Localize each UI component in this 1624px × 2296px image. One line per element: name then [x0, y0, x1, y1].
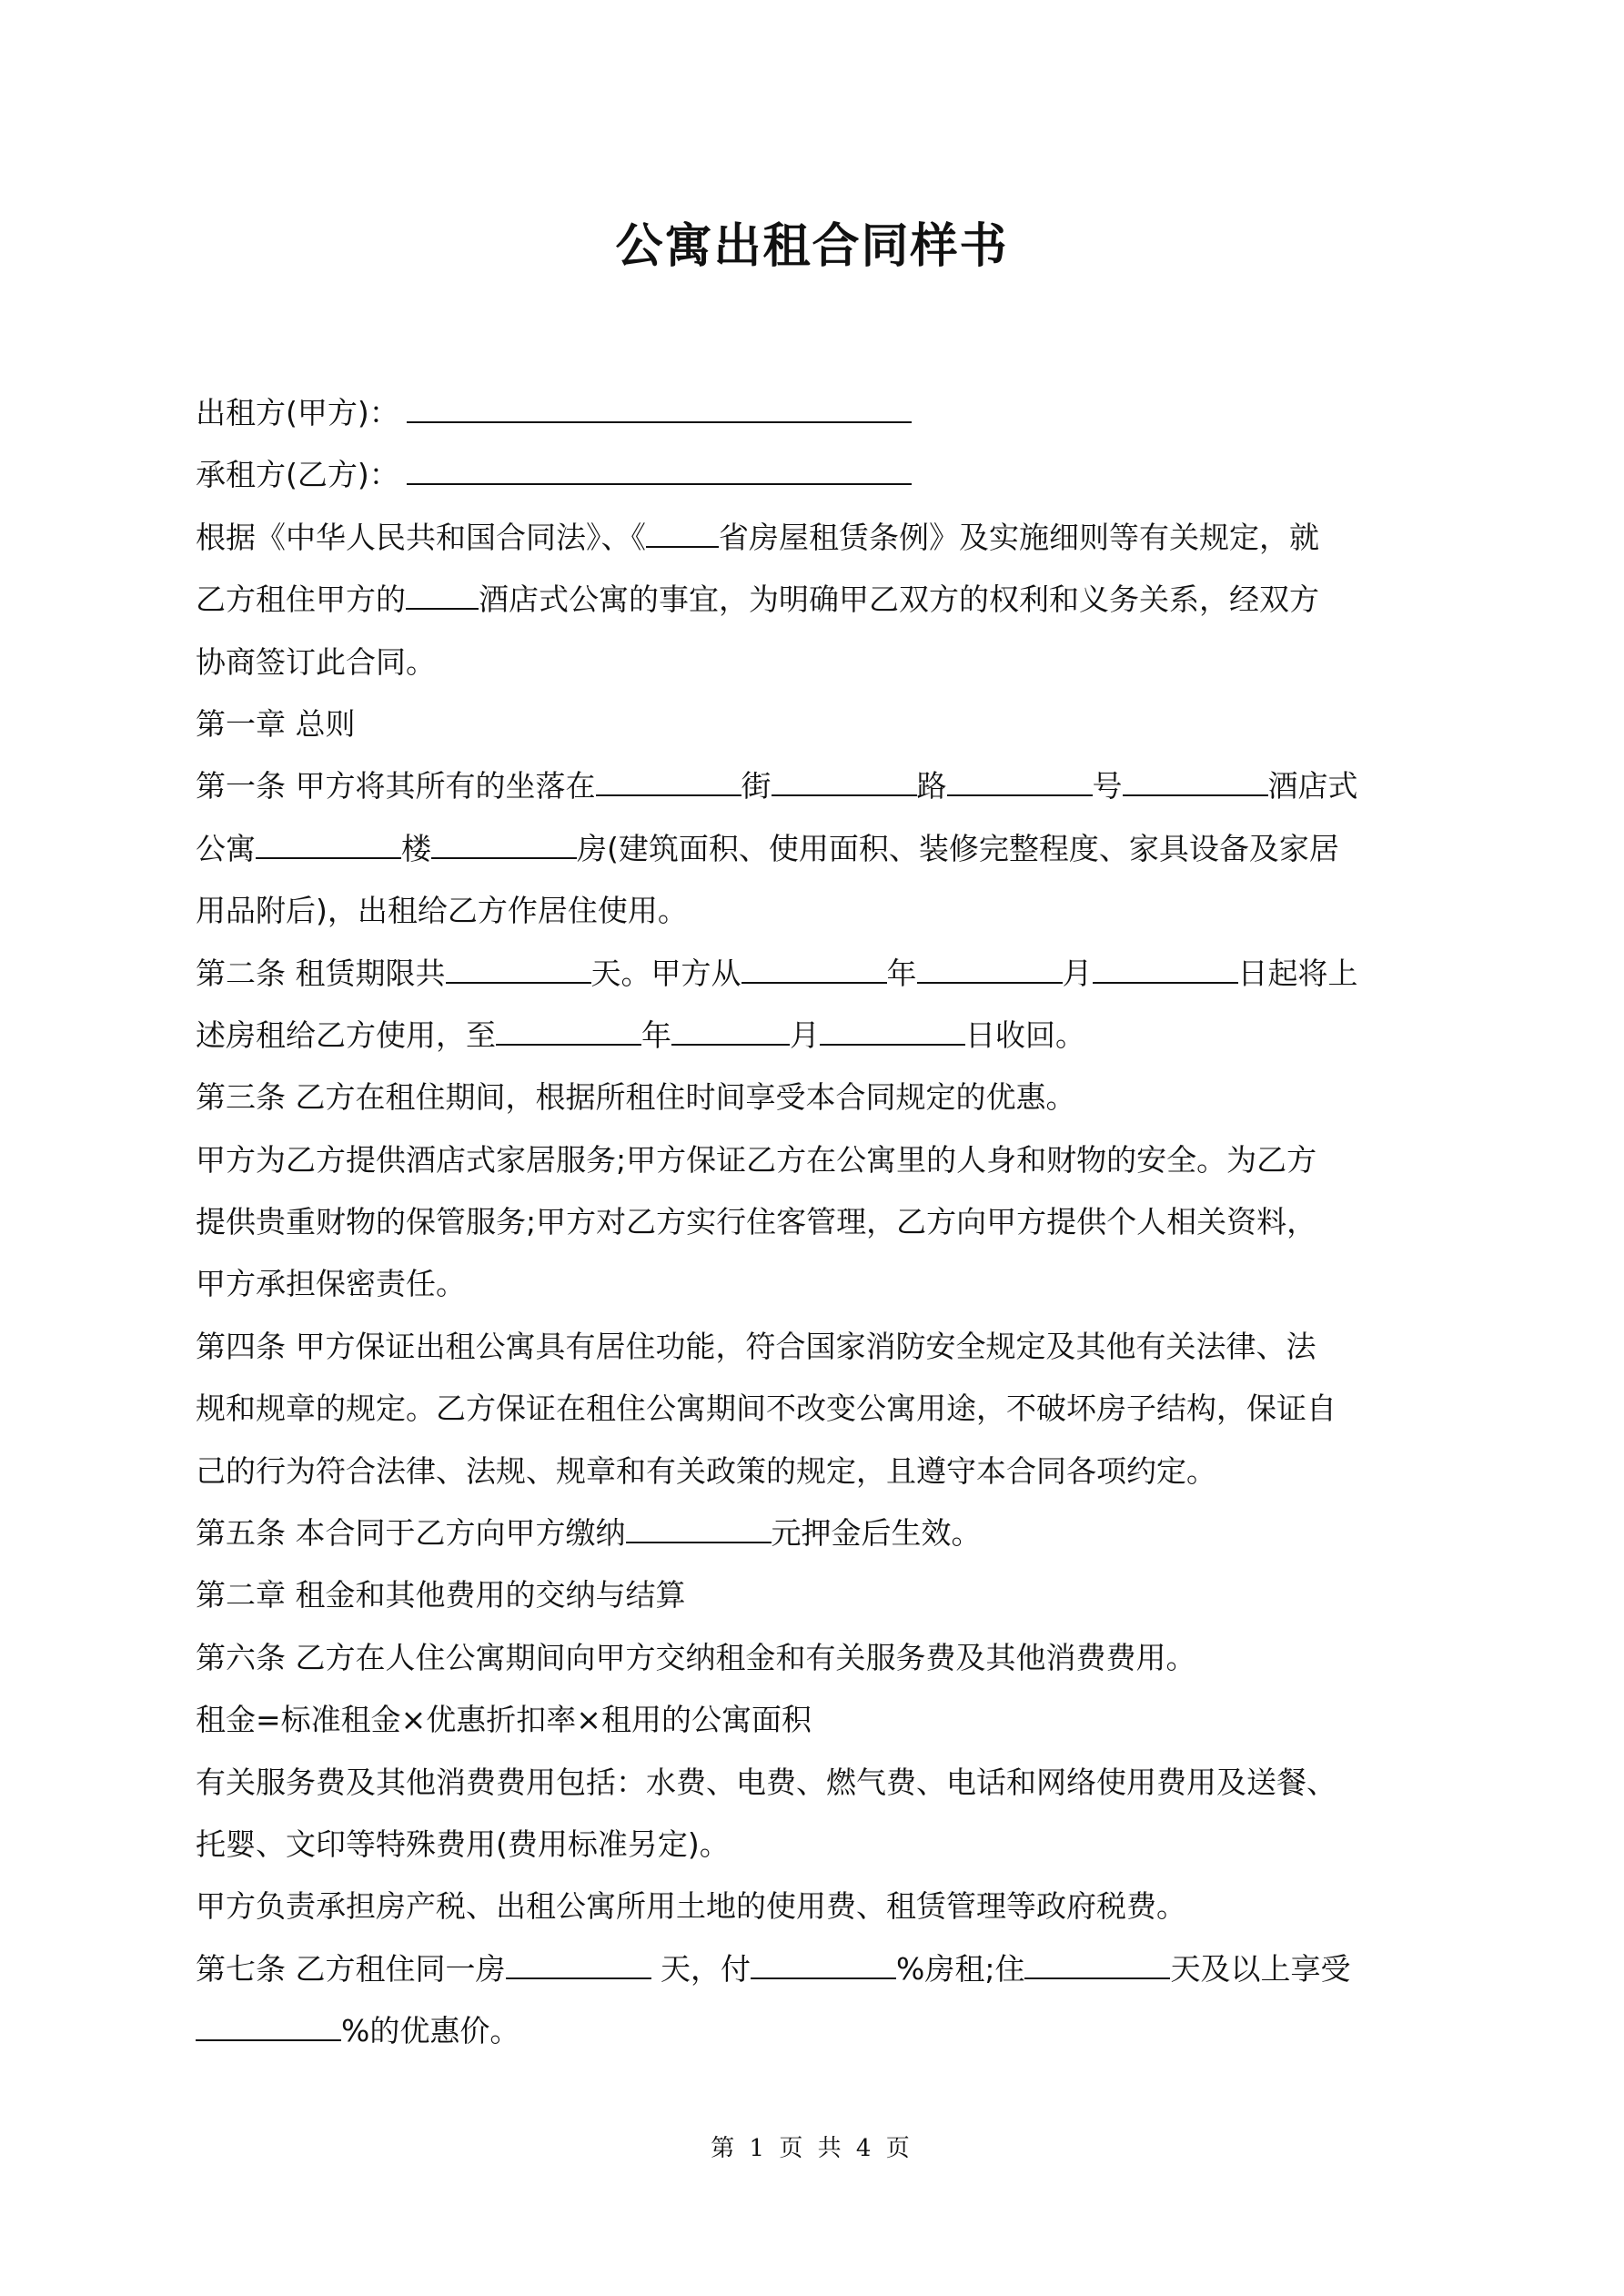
taxes-line: 甲方负责承担房产税、出租公寓所用土地的使用费、租赁管理等政府税费。 — [196, 1876, 1433, 1937]
fees-line-2: 托婴、文印等特殊费用(费用标准另定)。 — [196, 1814, 1433, 1876]
blank — [820, 1020, 965, 1046]
article-text: 月 — [790, 1017, 820, 1053]
article-2-line-1: 第二条 租赁期限共天。甲方从年月日起将上 — [196, 943, 1433, 1005]
article-text: 月 — [1063, 956, 1093, 991]
document-page: 公寓出租合同样书 出租方(甲方)： 承租方(乙方)： 根据《中华人民共和国合同法… — [0, 0, 1624, 2296]
province-blank — [646, 522, 719, 548]
blank — [496, 1020, 641, 1046]
document-body: 出租方(甲方)： 承租方(乙方)： 根据《中华人民共和国合同法》、《省房屋租赁条… — [196, 382, 1433, 2063]
article-7-line-1: 第七条 乙方租住同一房 天，付%房租;住天及以上享受 — [196, 1938, 1433, 2000]
article-text: 街 — [741, 768, 772, 804]
article-4-line-1: 第四条 甲方保证出租公寓具有居住功能，符合国家消防安全规定及其他有关法律、法 — [196, 1316, 1433, 1378]
services-line-2: 提供贵重财物的保管服务;甲方对乙方实行住客管理，乙方向甲方提供个人相关资料， — [196, 1191, 1433, 1253]
article-4-line-3: 己的行为符合法律、法规、规章和有关政策的规定，且遵守本合同各项约定。 — [196, 1441, 1433, 1502]
page-number: 第 1 页 共 4 页 — [0, 2129, 1624, 2163]
blank — [1024, 1954, 1170, 1979]
blank — [751, 1954, 896, 1979]
blank — [1123, 771, 1268, 796]
article-text: 公寓 — [196, 831, 256, 866]
blank — [596, 771, 741, 796]
article-6: 第六条 乙方在人住公寓期间向甲方交纳租金和有关服务费及其他消费费用。 — [196, 1627, 1433, 1689]
article-7-line-2: %的优惠价。 — [196, 2000, 1433, 2062]
intro-line-2: 乙方租住甲方的酒店式公寓的事宜，为明确甲乙双方的权利和义务关系，经双方 — [196, 569, 1433, 631]
article-text: 第七条 乙方租住同一房 — [196, 1951, 506, 1987]
article-text: 年 — [641, 1017, 671, 1053]
lessor-line: 出租方(甲方)： — [196, 382, 1433, 444]
blank — [917, 958, 1063, 984]
article-text: 日起将上 — [1238, 956, 1358, 991]
article-4-line-2: 规和规章的规定。乙方保证在租住公寓期间不改变公寓用途，不破坏房子结构，保证自 — [196, 1378, 1433, 1440]
blank — [772, 771, 917, 796]
article-text: 第五条 本合同于乙方向甲方缴纳 — [196, 1515, 626, 1551]
document-title: 公寓出租合同样书 — [0, 207, 1624, 276]
intro-line-3: 协商签订此合同。 — [196, 632, 1433, 693]
fees-line-1: 有关服务费及其他消费费用包括：水费、电费、燃气费、电话和网络使用费用及送餐、 — [196, 1752, 1433, 1814]
article-5: 第五条 本合同于乙方向甲方缴纳元押金后生效。 — [196, 1502, 1433, 1564]
article-text: %房租;住 — [896, 1951, 1024, 1987]
intro-text: 乙方租住甲方的 — [196, 582, 406, 617]
discount-blank — [196, 2016, 341, 2041]
blank — [431, 834, 577, 859]
article-1-line-2: 公寓楼房(建筑面积、使用面积、装修完整程度、家具设备及家居 — [196, 818, 1433, 880]
lessee-line: 承租方(乙方)： — [196, 444, 1433, 506]
lessee-blank — [407, 460, 912, 485]
blank — [947, 771, 1093, 796]
blank — [256, 834, 401, 859]
intro-line-1: 根据《中华人民共和国合同法》、《省房屋租赁条例》及实施细则等有关规定，就 — [196, 507, 1433, 569]
article-text: 酒店式 — [1268, 768, 1358, 804]
lessor-blank — [407, 398, 912, 423]
article-text: 述房租给乙方使用，至 — [196, 1017, 496, 1053]
article-2-line-2: 述房租给乙方使用，至年月日收回。 — [196, 1005, 1433, 1067]
blank — [446, 958, 591, 984]
article-text: 房(建筑面积、使用面积、装修完整程度、家具设备及家居 — [577, 831, 1339, 866]
article-text: 日收回。 — [965, 1017, 1085, 1053]
article-text: 天，付 — [651, 1951, 751, 1987]
chapter-1-heading: 第一章 总则 — [196, 693, 1433, 755]
article-3: 第三条 乙方在租住期间，根据所租住时间享受本合同规定的优惠。 — [196, 1067, 1433, 1128]
article-1-line-1: 第一条 甲方将其所有的坐落在街路号酒店式 — [196, 755, 1433, 817]
article-text: %的优惠价。 — [341, 2013, 519, 2048]
lessee-label: 承租方(乙方)： — [196, 457, 399, 492]
article-text: 天。甲方从 — [591, 956, 741, 991]
blank — [506, 1954, 651, 1979]
intro-text: 酒店式公寓的事宜，为明确甲乙双方的权利和义务关系，经双方 — [479, 582, 1319, 617]
intro-text: 省房屋租赁条例》及实施细则等有关规定，就 — [719, 520, 1319, 555]
blank — [1093, 958, 1238, 984]
apartment-name-blank — [406, 584, 479, 610]
article-text: 号 — [1093, 768, 1123, 804]
article-text: 天及以上享受 — [1170, 1951, 1350, 1987]
rent-formula: 租金=标准租金×优惠折扣率×租用的公寓面积 — [196, 1689, 1433, 1751]
services-line-1: 甲方为乙方提供酒店式家居服务;甲方保证乙方在公寓里的人身和财物的安全。为乙方 — [196, 1129, 1433, 1191]
article-text: 楼 — [401, 831, 431, 866]
article-text: 年 — [887, 956, 917, 991]
blank — [741, 958, 887, 984]
article-1-line-3: 用品附后)，出租给乙方作居住使用。 — [196, 880, 1433, 942]
article-text: 第一条 甲方将其所有的坐落在 — [196, 768, 596, 804]
services-line-3: 甲方承担保密责任。 — [196, 1253, 1433, 1315]
chapter-2-heading: 第二章 租金和其他费用的交纳与结算 — [196, 1564, 1433, 1626]
article-text: 路 — [917, 768, 947, 804]
article-text: 元押金后生效。 — [772, 1515, 982, 1551]
lessor-label: 出租方(甲方)： — [196, 395, 399, 430]
blank — [671, 1020, 790, 1046]
deposit-blank — [626, 1518, 772, 1543]
article-text: 第二条 租赁期限共 — [196, 956, 446, 991]
intro-text: 根据《中华人民共和国合同法》、《 — [196, 520, 646, 555]
